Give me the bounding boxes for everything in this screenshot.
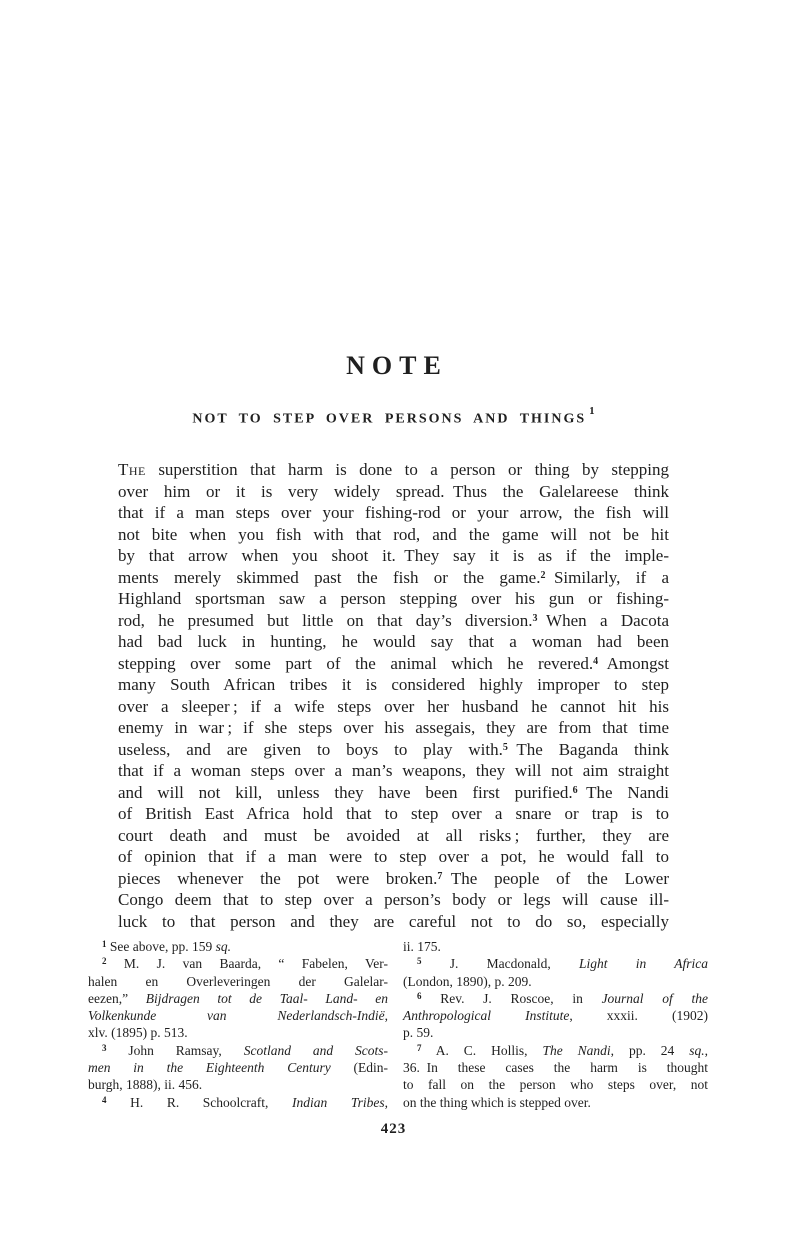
- body-line: over a sleeper ; if a wife steps over he…: [118, 696, 669, 718]
- section-heading-text: NOT TO STEP OVER PERSONS AND THINGS: [192, 412, 586, 427]
- footnote-line: men in the Eighteenth Century (Edin-: [88, 1059, 388, 1076]
- footnote-line: Anthropological Institute, xxxii. (1902): [403, 1007, 708, 1024]
- body-line: that if a man steps over your fishing-ro…: [118, 502, 669, 524]
- body-line: useless, and are given to boys to play w…: [118, 739, 669, 761]
- body-line: The superstition that harm is done to a …: [118, 459, 669, 481]
- body-line: Congo deem that to step over a person’s …: [118, 889, 669, 911]
- footnote-line: on the thing which is stepped over.: [403, 1094, 708, 1111]
- footnote-line: 1 See above, pp. 159 sq.: [88, 938, 388, 955]
- footnote-line: burgh, 1888), ii. 456.: [88, 1076, 388, 1093]
- body-line: that if a woman steps over a man’s weapo…: [118, 760, 669, 782]
- footnote-line: 36. In these cases the harm is thought: [403, 1059, 708, 1076]
- footnote-line: Volkenkunde van Nederlandsch-Indië,: [88, 1007, 388, 1024]
- footnote-line: 4 H. R. Schoolcraft, Indian Tribes,: [88, 1094, 388, 1111]
- body-line: enemy in war ; if she steps over his ass…: [118, 717, 669, 739]
- footnote-line: 2 M. J. van Baarda, “ Fabelen, Ver-: [88, 955, 388, 972]
- page-number: 423: [118, 1121, 669, 1138]
- body-line: by that arrow when you shoot it. They sa…: [118, 545, 669, 567]
- book-page: NOTE NOT TO STEP OVER PERSONS AND THINGS…: [0, 0, 800, 1237]
- body-line: rod, he presumed but little on that day’…: [118, 610, 669, 632]
- footnotes-right-column: ii. 175.5 J. Macdonald, Light in Africa(…: [403, 938, 708, 1111]
- body-line: many South African tribes it is consider…: [118, 674, 669, 696]
- footnote-line: to fall on the person who steps over, no…: [403, 1076, 708, 1093]
- section-heading: NOT TO STEP OVER PERSONS AND THINGS1: [118, 408, 669, 428]
- body-line: of opinion that if a man were to step ov…: [118, 846, 669, 868]
- footnote-line: ii. 175.: [403, 938, 708, 955]
- footnotes-left-column: 1 See above, pp. 159 sq.2 M. J. van Baar…: [88, 938, 388, 1111]
- body-line: had bad luck in hunting, he would say th…: [118, 631, 669, 653]
- body-line: and will not kill, unless they have been…: [118, 782, 669, 804]
- footnote-line: 5 J. Macdonald, Light in Africa: [403, 955, 708, 972]
- footnote-line: 6 Rev. J. Roscoe, in Journal of the: [403, 990, 708, 1007]
- body-line: not bite when you fish with that rod, an…: [118, 524, 669, 546]
- body-line: over him or it is very widely spread. Th…: [118, 481, 669, 503]
- body-line: of British East Africa hold that to step…: [118, 803, 669, 825]
- body-line: stepping over some part of the animal wh…: [118, 653, 669, 675]
- footnote-ref-1: 1: [589, 405, 595, 417]
- footnote-line: (London, 1890), p. 209.: [403, 973, 708, 990]
- body-paragraph: The superstition that harm is done to a …: [118, 459, 669, 932]
- body-line: Highland sportsman saw a person stepping…: [118, 588, 669, 610]
- footnotes-section: 1 See above, pp. 159 sq.2 M. J. van Baar…: [88, 938, 708, 1111]
- footnote-line: p. 59.: [403, 1024, 708, 1041]
- body-line: ments merely skimmed past the fish or th…: [118, 567, 669, 589]
- footnote-line: xlv. (1895) p. 513.: [88, 1024, 388, 1041]
- body-line: luck to that person and they are careful…: [118, 911, 669, 933]
- body-line: pieces whenever the pot were broken.7 Th…: [118, 868, 669, 890]
- page-title: NOTE: [118, 351, 669, 381]
- footnote-line: 3 John Ramsay, Scotland and Scots-: [88, 1042, 388, 1059]
- footnote-line: 7 A. C. Hollis, The Nandi, pp. 24 sq.,: [403, 1042, 708, 1059]
- body-line: court death and must be avoided at all r…: [118, 825, 669, 847]
- footnote-line: halen en Overleveringen der Galelar-: [88, 973, 388, 990]
- footnote-line: eezen,” Bijdragen tot de Taal- Land- en: [88, 990, 388, 1007]
